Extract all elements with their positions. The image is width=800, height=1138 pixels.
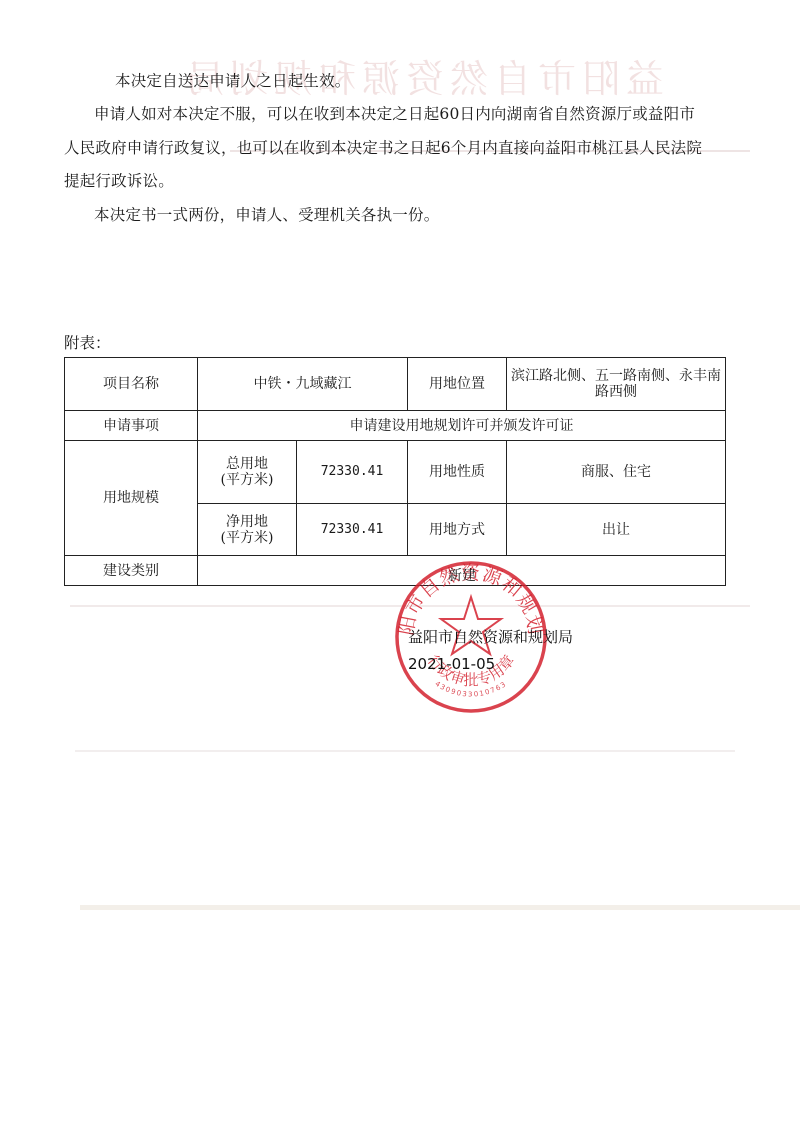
- bleed-through-line: [75, 750, 735, 752]
- bleed-through-line: [80, 905, 800, 910]
- location-value: 滨江路北侧、五一路南侧、永丰南路西侧: [507, 358, 726, 411]
- paragraph-effective: 本决定自送达申请人之日起生效。: [115, 71, 351, 91]
- total-area-value: 72330.41: [297, 441, 408, 504]
- net-area-label-text: 净用地: [200, 514, 294, 530]
- scale-label: 用地规模: [65, 441, 198, 556]
- issue-date: 2021-01-05: [408, 655, 495, 673]
- application-label: 申请事项: [65, 411, 198, 441]
- paragraph-copies: 本决定书一式两份，申请人、受理机关各执一份。: [94, 205, 439, 225]
- issuer-name: 益阳市自然资源和规划局: [408, 626, 573, 647]
- construction-type-label: 建设类别: [65, 556, 198, 586]
- location-label: 用地位置: [408, 358, 507, 411]
- application-value: 申请建设用地规划许可并颁发许可证: [198, 411, 726, 441]
- paragraph-appeal-2: 人民政府申请行政复议，也可以在收到本决定书之日起6个月内直接向益阳市桃江县人民法…: [64, 138, 702, 158]
- paragraph-appeal-1: 申请人如对本决定不服，可以在收到本决定之日起60日内向湖南省自然资源厅或益阳市: [94, 104, 695, 124]
- appendix-table: 项目名称 中铁・九域藏江 用地位置 滨江路北侧、五一路南侧、永丰南路西侧 申请事…: [64, 357, 726, 586]
- bleed-through-line: [70, 605, 750, 607]
- unit-label: (平方米): [200, 472, 294, 488]
- total-area-label-text: 总用地: [200, 456, 294, 472]
- seal-code-text: 4309033010763: [434, 680, 509, 699]
- land-nature-value: 商服、住宅: [507, 441, 726, 504]
- construction-type-value: 新建: [448, 565, 476, 585]
- appendix-title: 附表：: [64, 331, 111, 353]
- unit-label: (平方米): [200, 530, 294, 546]
- paragraph-appeal-3: 提起行政诉讼。: [64, 171, 174, 191]
- net-area-value: 72330.41: [297, 504, 408, 556]
- total-area-label: 总用地 (平方米): [198, 441, 297, 504]
- project-name-label: 项目名称: [65, 358, 198, 411]
- project-name-value: 中铁・九域藏江: [198, 358, 408, 411]
- land-nature-label: 用地性质: [408, 441, 507, 504]
- land-method-value: 出让: [507, 504, 726, 556]
- land-method-label: 用地方式: [408, 504, 507, 556]
- net-area-label: 净用地 (平方米): [198, 504, 297, 556]
- svg-text:4309033010763: 4309033010763: [434, 680, 509, 699]
